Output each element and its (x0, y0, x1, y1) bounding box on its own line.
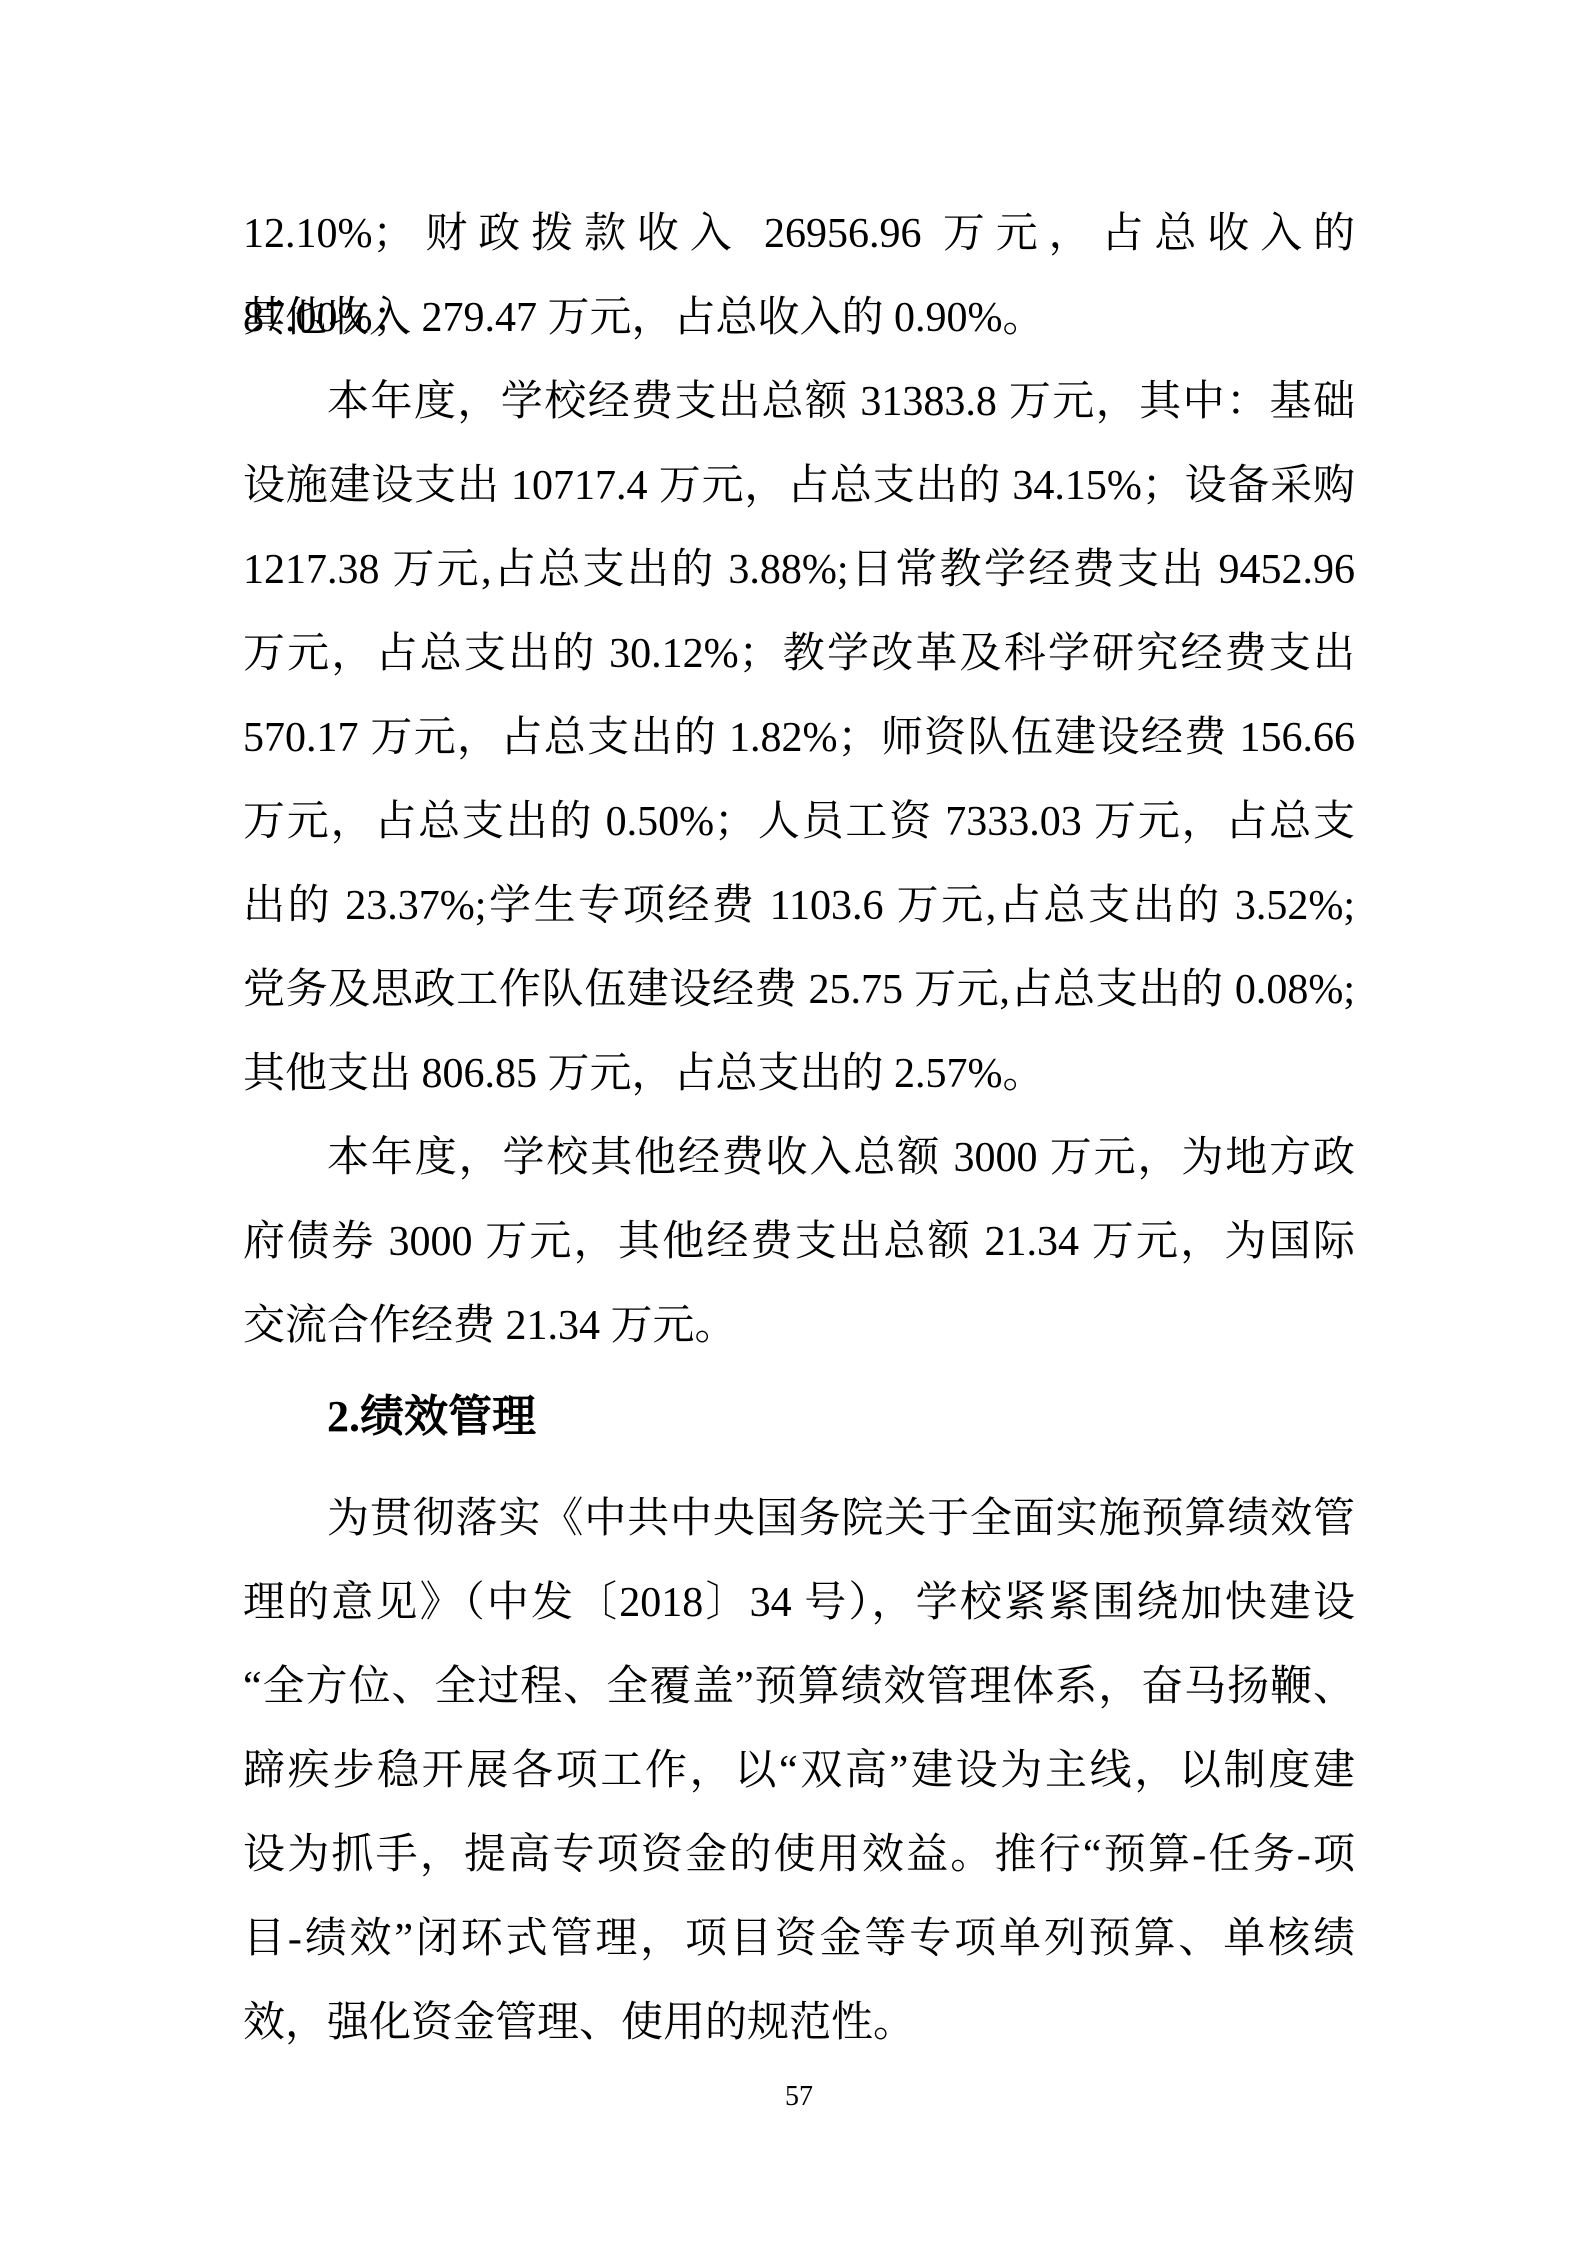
text-line: 1217.38 万元,占总支出的 3.88%;日常教学经费支出 9452.96 (243, 528, 1355, 612)
text-line: 目-绩效”闭环式管理，项目资金等专项单列预算、单核绩 (243, 1897, 1355, 1981)
text-line: 本年度，学校其他经费收入总额 3000 万元，为地方政 (243, 1116, 1355, 1200)
text-line: 蹄疾步稳开展各项工作，以“双高”建设为主线，以制度建 (243, 1729, 1355, 1813)
document-body: 12.10%；财政拨款收入 26956.96 万元，占总收入的 87.00%；其… (243, 192, 1355, 2065)
text-line: 设为抓手，提高专项资金的使用效益。推行“预算-任务-项 (243, 1813, 1355, 1897)
text-line: 交流合作经费 21.34 万元。 (243, 1284, 1355, 1368)
text-line: “全方位、全过程、全覆盖”预算绩效管理体系，奋马扬鞭、 (243, 1645, 1355, 1729)
text-line: 效，强化资金管理、使用的规范性。 (243, 1981, 1355, 2065)
text-line: 570.17 万元，占总支出的 1.82%；师资队伍建设经费 156.66 (243, 696, 1355, 780)
text-line: 设施建设支出 10717.4 万元，占总支出的 34.15%；设备采购 (243, 444, 1355, 528)
text-line: 其他支出 806.85 万元，占总支出的 2.57%。 (243, 1032, 1355, 1116)
text-line: 出的 23.37%;学生专项经费 1103.6 万元,占总支出的 3.52%; (243, 864, 1355, 948)
text-line: 府债券 3000 万元，其他经费支出总额 21.34 万元，为国际 (243, 1200, 1355, 1284)
text-line: 为贯彻落实《中共中央国务院关于全面实施预算绩效管 (243, 1477, 1355, 1561)
page-number: 57 (243, 2072, 1355, 2122)
text-line: 党务及思政工作队伍建设经费 25.75 万元,占总支出的 0.08%; (243, 948, 1355, 1032)
text-line: 理的意见》（中发〔2018〕34 号），学校紧紧围绕加快建设 (243, 1561, 1355, 1645)
section-heading: 2.绩效管理 (243, 1375, 1355, 1459)
text-line: 万元，占总支出的 0.50%；人员工资 7333.03 万元，占总支 (243, 780, 1355, 864)
text-line: 本年度，学校经费支出总额 31383.8 万元，其中：基础 (243, 360, 1355, 444)
text-line: 12.10%；财政拨款收入 26956.96 万元，占总收入的 87.00%； (243, 192, 1355, 276)
document-page: 12.10%；财政拨款收入 26956.96 万元，占总收入的 87.00%；其… (0, 0, 1587, 2245)
text-line: 万元，占总支出的 30.12%；教学改革及科学研究经费支出 (243, 612, 1355, 696)
text-line: 其他收入 279.47 万元，占总收入的 0.90%。 (243, 276, 1355, 360)
